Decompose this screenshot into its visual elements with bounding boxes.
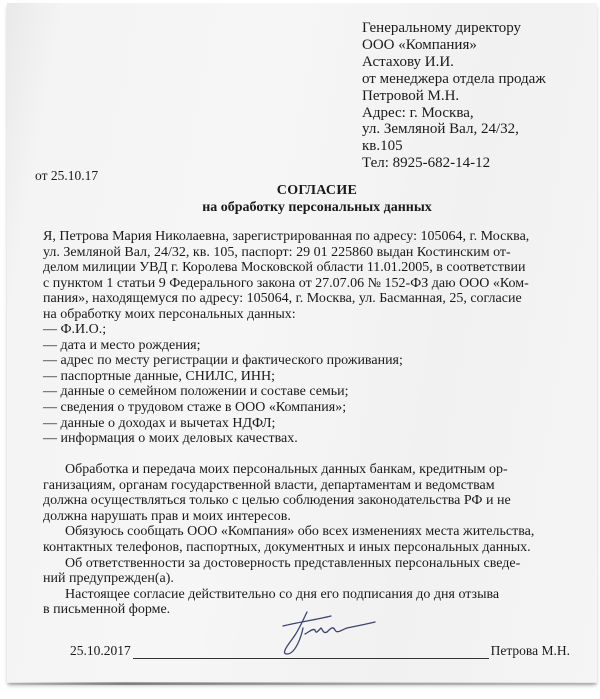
data-items-list: — Ф.И.О.; — дата и место рождения; — адр… [43, 322, 575, 447]
list-item: — данные о семейном положении и составе … [43, 384, 575, 400]
list-item: — паспортные данные, СНИЛС, ИНН; [43, 369, 575, 385]
paragraph-line: Настоящее согласие действительно со дня … [43, 587, 575, 603]
paragraph-line: контактных телефонов, паспортных, докуме… [43, 540, 575, 556]
paragraph-line: ганизациям, органам государственной влас… [43, 478, 575, 494]
document-date: от 25.10.17 [35, 168, 98, 184]
addressee-line: от менеджера отдела продаж [362, 71, 546, 88]
intro-line: ул. Земляной Вал, 24/32, кв. 105, паспор… [43, 245, 575, 261]
list-item: — данные о доходах и вычетах НДФЛ; [43, 416, 575, 432]
intro-line: с пунктом 1 статьи 9 Федерального закона… [43, 276, 575, 292]
intro-line: делом милиции УВД г. Королева Московской… [43, 260, 575, 276]
list-item: — адрес по месту регистрации и фактическ… [43, 353, 575, 369]
addressee-line: Петровой М.Н. [362, 88, 546, 105]
signature-row: 25.10.2017 Петрова М.Н. [70, 643, 570, 659]
list-item: — сведения о трудовом стаже в ООО «Компа… [43, 400, 575, 416]
addressee-line: Генеральному директору [362, 20, 546, 37]
document-subtitle: на обработку персональных данных [7, 200, 597, 216]
intro-paragraph: Я, Петрова Мария Николаевна, зарегистрир… [43, 229, 575, 323]
addressee-line: Адрес: г. Москва, [362, 105, 546, 122]
addressee-line: ул. Земляной Вал, 24/32, [362, 121, 546, 138]
intro-line: Я, Петрова Мария Николаевна, зарегистрир… [43, 229, 575, 245]
paragraph-line: ний предупрежден(а). [43, 571, 575, 587]
signature-date: 25.10.2017 [70, 643, 131, 659]
addressee-block: Генеральному директору ООО «Компания» Ас… [362, 20, 546, 172]
addressee-line: ООО «Компания» [362, 37, 546, 54]
signature-line [133, 644, 489, 659]
paragraph-line: должна нарушать прав и моих интересов. [43, 509, 575, 525]
document-paper: Генеральному директору ООО «Компания» Ас… [7, 3, 597, 683]
list-item: — дата и место рождения; [43, 338, 575, 354]
terms-paragraphs: Обработка и передача моих персональных д… [43, 462, 575, 618]
paragraph-line: Об ответственности за достоверность пред… [43, 556, 575, 572]
paragraph-line: Обязуюсь сообщать ООО «Компания» обо все… [43, 524, 575, 540]
addressee-line: кв.105 [362, 138, 546, 155]
document-title: СОГЛАСИЕ [7, 183, 597, 199]
paragraph-line: должна осуществляться только с целью соб… [43, 493, 575, 509]
paragraph-line: Обработка и передача моих персональных д… [43, 462, 575, 478]
intro-line: на обработку моих персональных данных: [43, 307, 575, 323]
addressee-line: Тел: 8925-682-14-12 [362, 155, 546, 172]
signatory-name: Петрова М.Н. [491, 643, 570, 659]
list-item: — информация о моих деловых качествах. [43, 431, 575, 447]
addressee-line: Астахову И.И. [362, 54, 546, 71]
intro-line: пания», находящемуся по адресу: 105064, … [43, 291, 575, 307]
list-item: — Ф.И.О.; [43, 322, 575, 338]
